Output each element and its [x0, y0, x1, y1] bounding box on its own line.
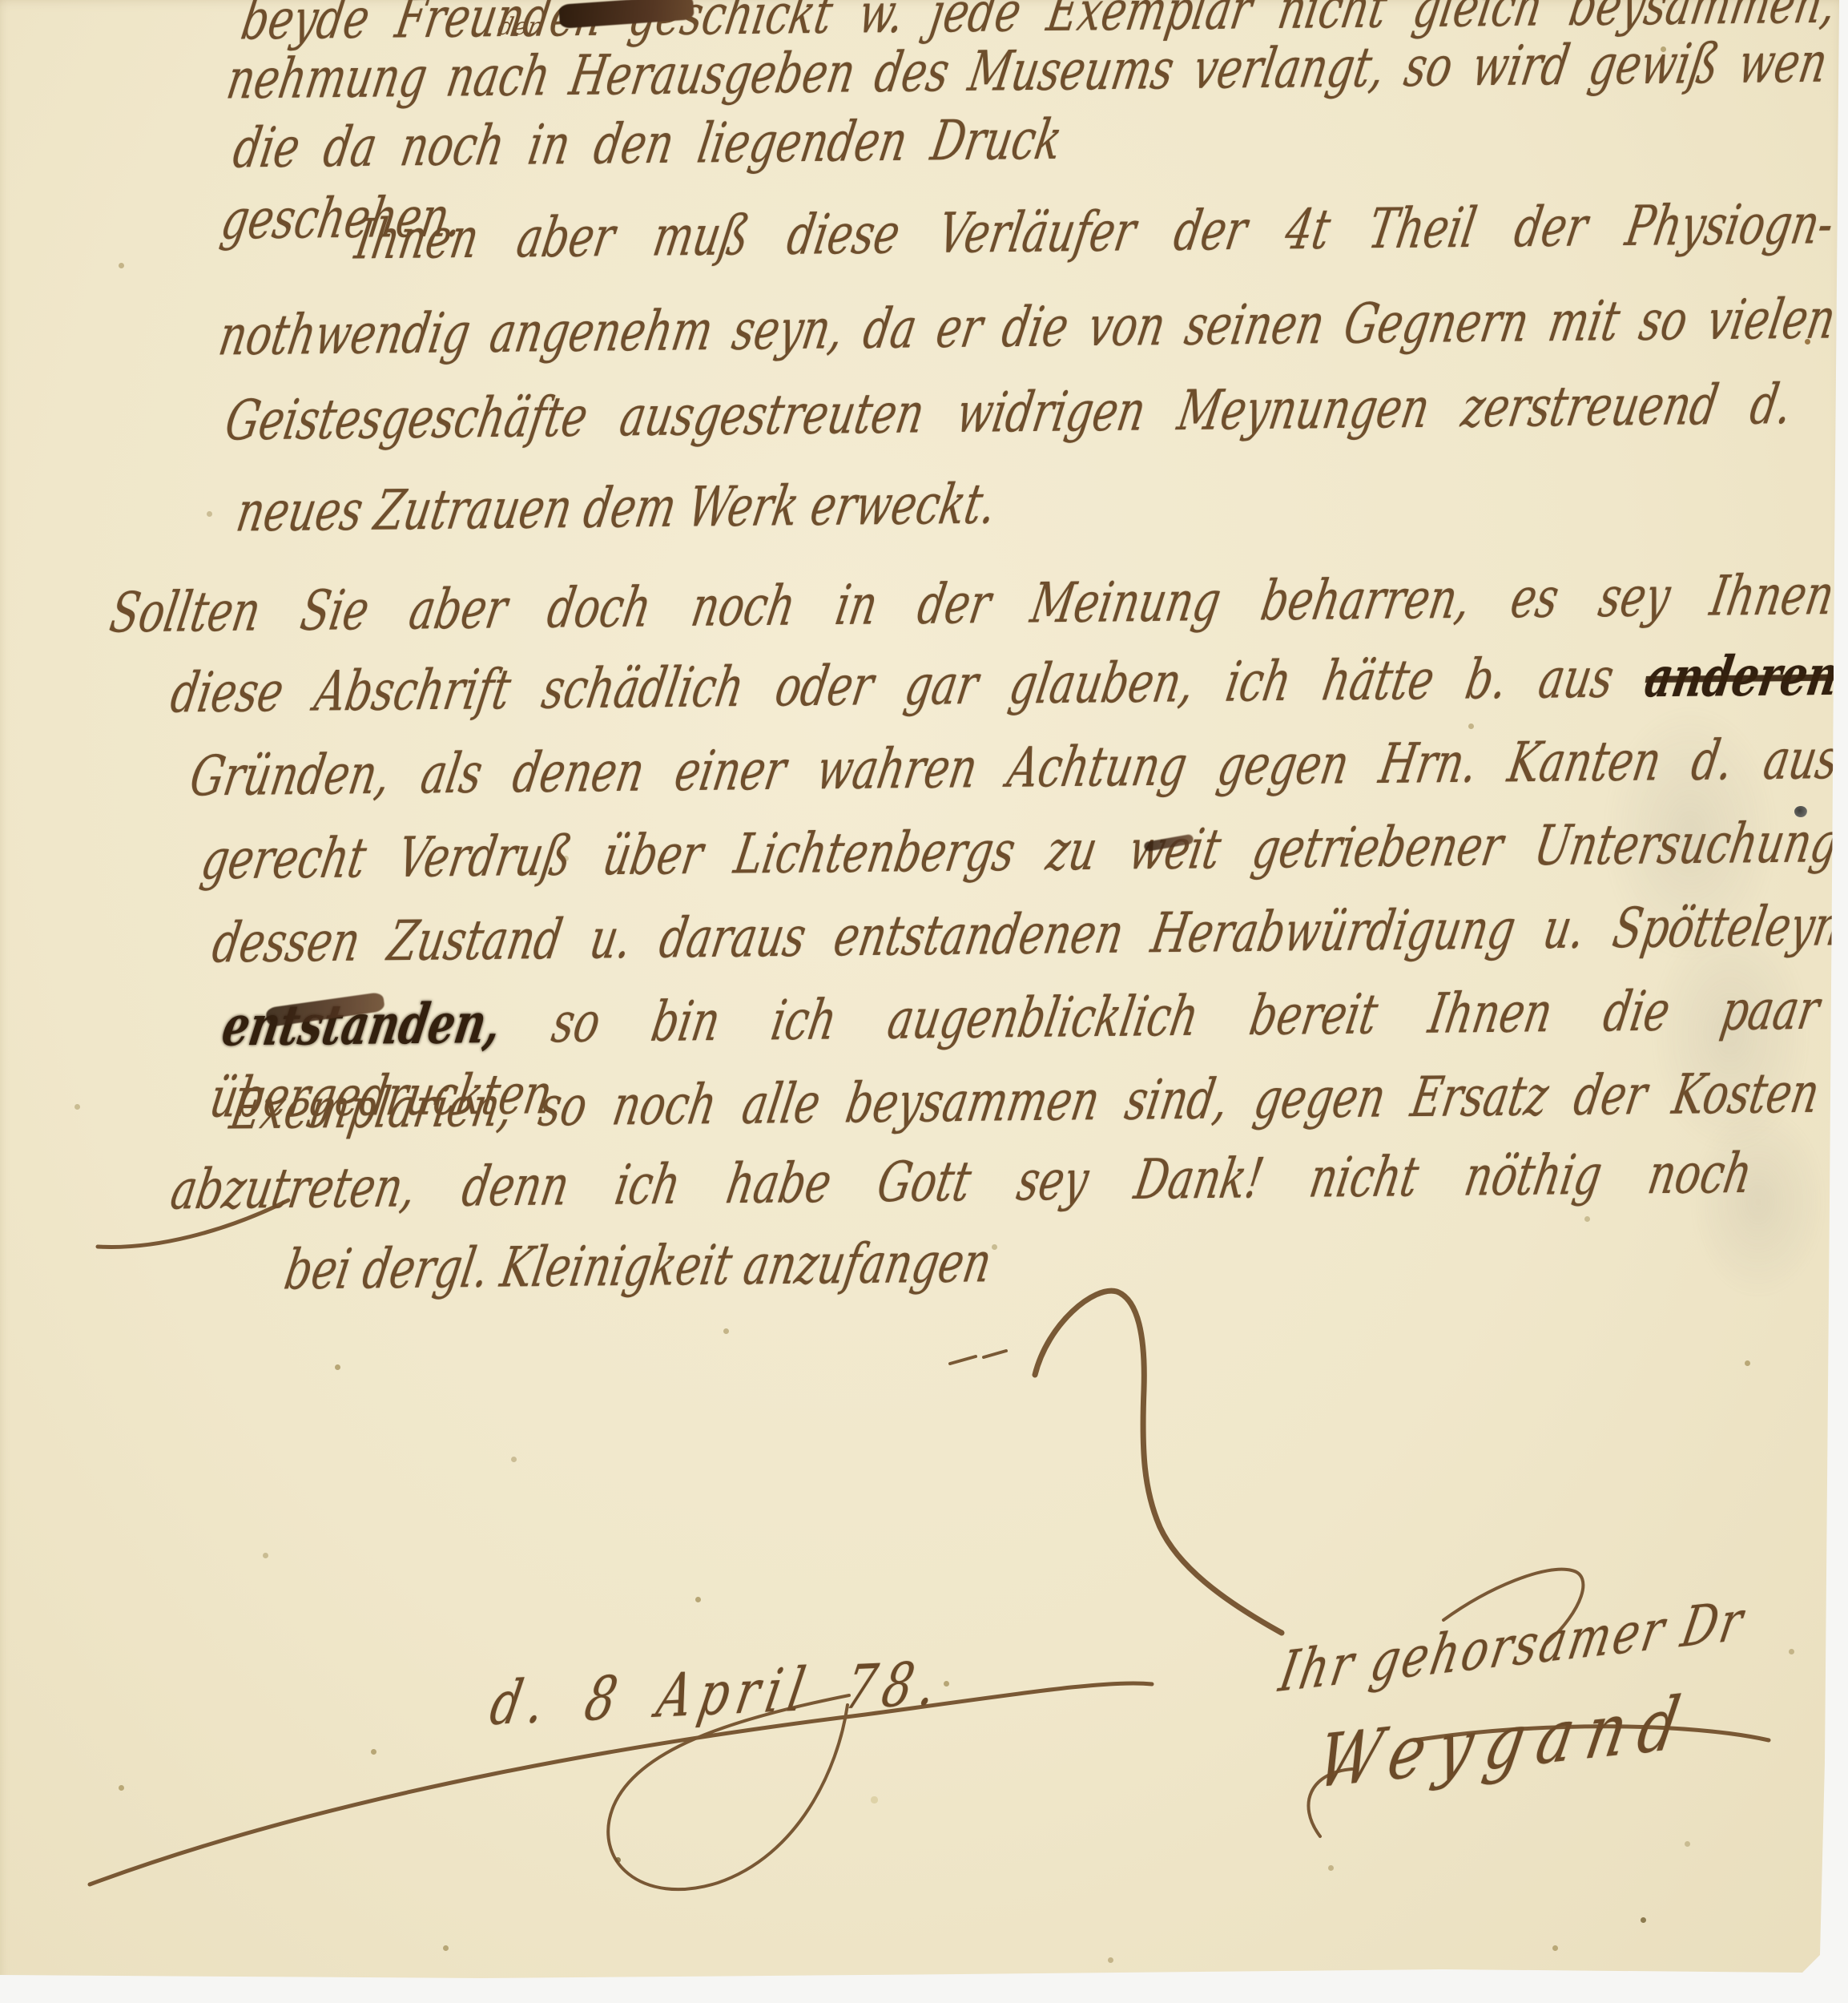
paraph-flourish	[1035, 1291, 1282, 1633]
letter-paper-sheet: beyde Freunden geschickt w. jede Exempla…	[0, 0, 1848, 2003]
handwritten-line: Sollten Sie aber doch noch in der Meinun…	[105, 561, 1839, 650]
handwritten-line: nothwendig angenehm seyn, da er die von …	[214, 284, 1841, 373]
date-line: d. 8 April 78.	[485, 1648, 949, 1739]
handwritten-line: Gründen, als denen einer wahren Achtung …	[185, 725, 1844, 813]
double-dash-mark	[950, 1351, 1006, 1364]
handwritten-line-text: diese Abschrift schädlich oder gar glaub…	[167, 647, 1652, 726]
signature-name: Weygand	[1311, 1680, 1699, 1806]
handwritten-line: abzutreten, denn ich habe Gott sey Dank!…	[166, 1139, 1757, 1226]
handwritten-line: gerecht Verdruß über Lichtenbergs zu wei…	[196, 808, 1844, 897]
handwritten-line: neues Zutrauen dem Werk erweckt.	[232, 470, 1001, 548]
inserted-word-above-line: den	[496, 13, 546, 41]
paper-specks-texture	[0, 0, 2, 2]
scan-backdrop: { "letter": { "lines": [ "beyde Freunden…	[0, 0, 1848, 2003]
handwritten-line: bei dergl. Kleinigkeit anzufangen	[280, 1228, 996, 1307]
handwritten-line: Ihnen aber muß diese Verläufer der 4t Th…	[350, 190, 1838, 276]
handwritten-line: Geistesgeschäfte ausgestreuten widrigen …	[220, 370, 1798, 457]
handwritten-line: dessen Zustand u. daraus entstandenen He…	[207, 892, 1847, 980]
struck-through-word: anderen	[1641, 643, 1843, 711]
handwritten-line: diese Abschrift schädlich oder gar glaub…	[166, 641, 1844, 729]
